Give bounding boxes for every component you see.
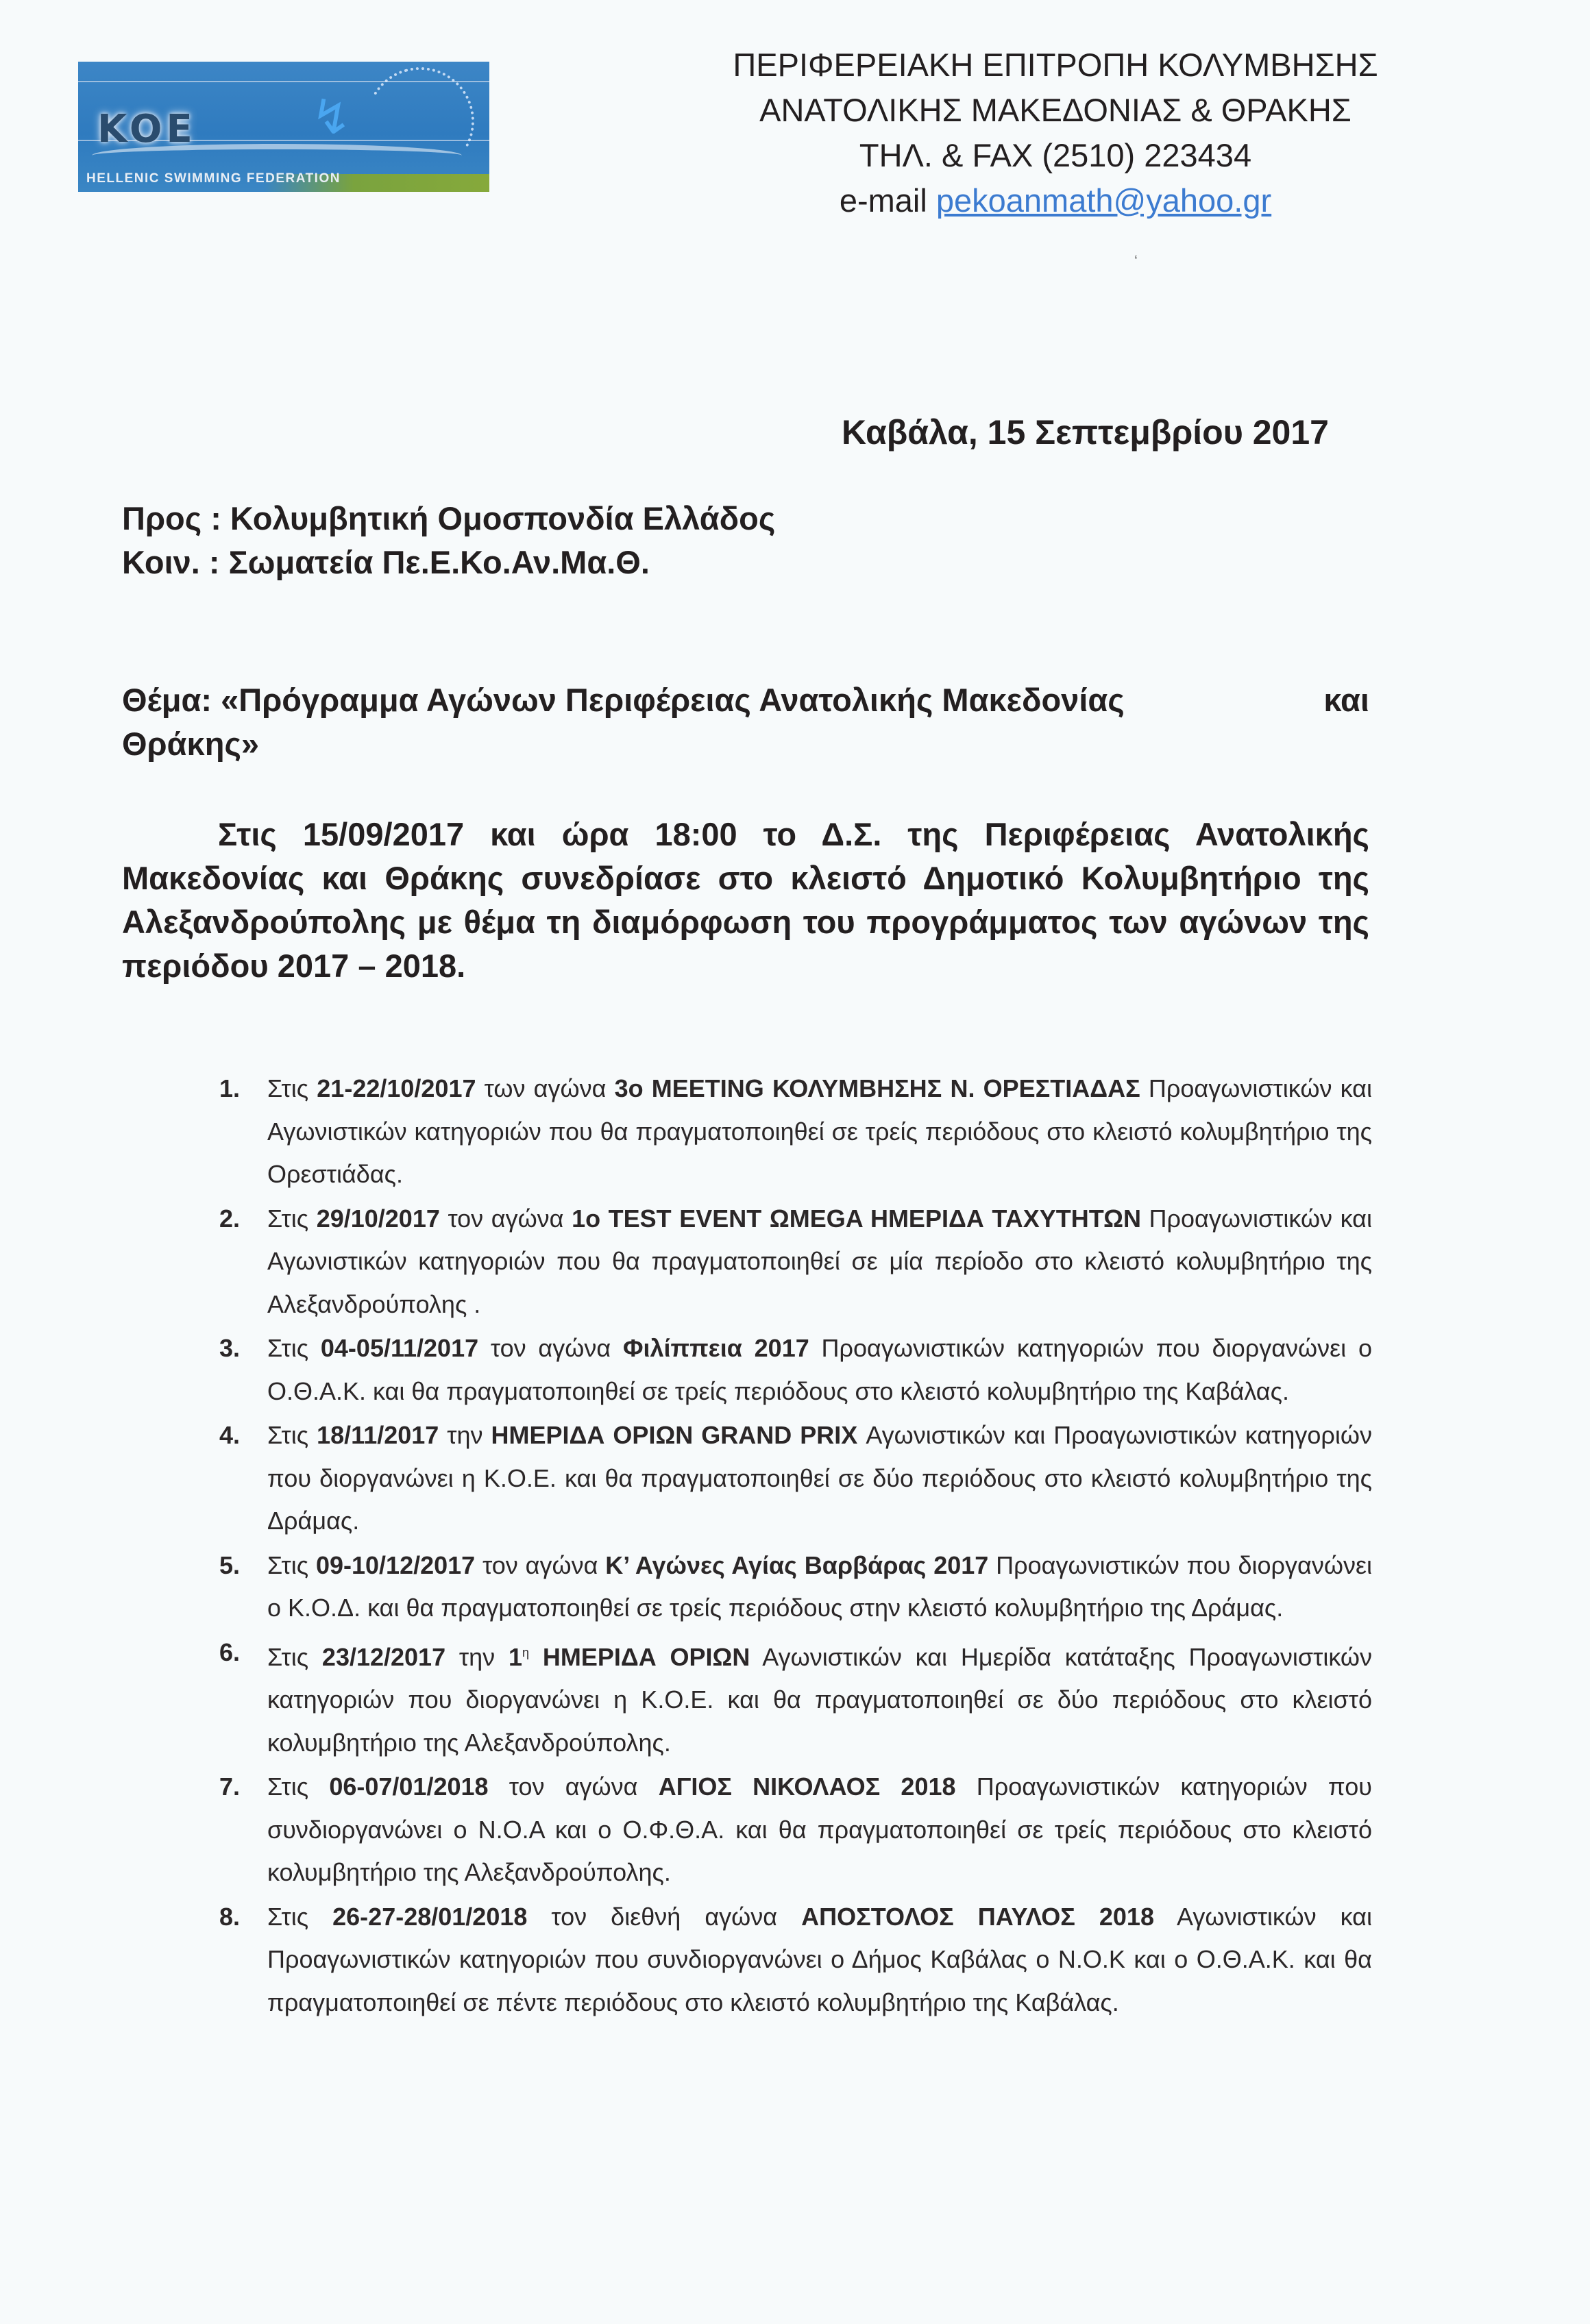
event-number: 4. (219, 1414, 240, 1457)
swimmer-icon: ↯ (311, 89, 352, 145)
letterhead-line2: ΑΝΑΤΟΛΙΚΗΣ ΜΑΚΕΔΟΝΙΑΣ & ΘΡΑΚΗΣ (713, 88, 1398, 133)
event-date: 18/11/2017 (317, 1421, 439, 1449)
email-label: e-mail (840, 182, 927, 219)
logo-wordmark: KOE (97, 107, 197, 151)
event-prefix: Στις (267, 1334, 321, 1362)
event-date: 04-05/11/2017 (321, 1334, 478, 1362)
subject-text: Θέμα: «Πρόγραμμα Αγώνων Περιφέρειας Ανατ… (122, 678, 1125, 722)
event-item: 2.Στις 29/10/2017 τον αγώνα 1ο TEST EVEN… (199, 1198, 1372, 1326)
event-prefix: Στις (267, 1903, 332, 1931)
event-number: 7. (219, 1766, 240, 1809)
event-prefix: Στις (267, 1204, 317, 1233)
event-name: Κ’ Αγώνες Αγίας Βαρβάρας 2017 (605, 1551, 988, 1579)
event-name-cont: ΗΜΕΡΙΔΑ ΟΡΙΩΝ (529, 1643, 750, 1671)
event-prefix: Στις (267, 1421, 317, 1449)
event-date: 21-22/10/2017 (317, 1074, 476, 1102)
event-name: ΑΠΟΣΤΟΛΟΣ ΠΑΥΛΟΣ 2018 (801, 1903, 1154, 1931)
event-name: ΑΓΙΟΣ ΝΙΚΟΛΑΟΣ 2018 (659, 1772, 956, 1801)
events-list: 1.Στις 21-22/10/2017 των αγώνα 3ο MEETIN… (199, 1067, 1372, 2025)
recipient-to: Προς : Κολυμβητική Ομοσπονδία Ελλάδος (122, 497, 775, 541)
event-number: 8. (219, 1896, 240, 1939)
event-connector: τον αγώνα (440, 1204, 572, 1233)
subject-line2: Θράκης» (122, 722, 1369, 766)
event-item: 1.Στις 21-22/10/2017 των αγώνα 3ο MEETIN… (199, 1067, 1372, 1196)
subject: Θέμα: «Πρόγραμμα Αγώνων Περιφέρειας Ανατ… (122, 678, 1369, 766)
event-prefix: Στις (267, 1551, 316, 1579)
email-link[interactable]: pekoanmath@yahoo.gr (936, 182, 1271, 219)
event-prefix: Στις (267, 1772, 329, 1801)
recipients: Προς : Κολυμβητική Ομοσπονδία Ελλάδος Κο… (122, 497, 775, 584)
event-item: 5.Στις 09-10/12/2017 τον αγώνα Κ’ Αγώνες… (199, 1544, 1372, 1630)
event-date: 23/12/2017 (322, 1643, 445, 1671)
event-date: 26-27-28/01/2018 (332, 1903, 527, 1931)
event-item: 4.Στις 18/11/2017 την ΗΜΕΡΙΔΑ ΟΡΙΩΝ GRAN… (199, 1414, 1372, 1543)
letterhead-email-row: e-mail pekoanmath@yahoo.gr (713, 178, 1398, 223)
logo-tagline: HELLENIC SWIMMING FEDERATION (86, 171, 341, 186)
event-name: 1ο TEST EVENT ΩMEGA ΗΜΕΡΙΔΑ ΤΑΧΥΤΗΤΩΝ (572, 1204, 1141, 1233)
event-item: 6.Στις 23/12/2017 την 1η ΗΜΕΡΙΔΑ ΟΡΙΩΝ Α… (199, 1631, 1372, 1765)
event-connector: των αγώνα (476, 1074, 615, 1102)
event-connector: την (445, 1643, 509, 1671)
event-item: 3.Στις 04-05/11/2017 τον αγώνα Φιλίππεια… (199, 1327, 1372, 1413)
letter-page: KOE ↯ HELLENIC SWIMMING FEDERATION ΠΕΡΙΦ… (0, 0, 1590, 2324)
event-number: 6. (219, 1631, 240, 1674)
letterhead-phone: ΤΗΛ. & FAX (2510) 223434 (713, 133, 1398, 178)
letterhead: ΠΕΡΙΦΕΡΕΙΑΚΗ ΕΠΙΤΡΟΠΗ ΚΟΛΥΜΒΗΣΗΣ ΑΝΑΤΟΛΙ… (713, 42, 1398, 223)
event-name: 3ο MEETING ΚΟΛΥΜΒΗΣΗΣ Ν. ΟΡΕΣΤΙΑΔΑΣ (615, 1074, 1140, 1102)
event-number: 2. (219, 1198, 240, 1241)
federation-logo: KOE ↯ HELLENIC SWIMMING FEDERATION (78, 62, 489, 192)
event-name: 1 (509, 1643, 522, 1671)
event-connector: τον αγώνα (489, 1772, 659, 1801)
event-prefix: Στις (267, 1074, 317, 1102)
event-number: 1. (219, 1067, 240, 1111)
event-number: 5. (219, 1544, 240, 1587)
event-connector: τον αγώνα (475, 1551, 605, 1579)
event-prefix: Στις (267, 1643, 322, 1671)
event-name: ΗΜΕΡΙΔΑ ΟΡΙΩΝ GRAND PRIX (491, 1421, 858, 1449)
event-date: 29/10/2017 (317, 1204, 440, 1233)
scan-mark: ‘ (1134, 252, 1138, 270)
event-connector: την (439, 1421, 491, 1449)
intro-paragraph: Στις 15/09/2017 και ώρα 18:00 το Δ.Σ. τη… (122, 813, 1369, 988)
event-date: 09-10/12/2017 (316, 1551, 475, 1579)
wave-icon (92, 144, 462, 167)
recipient-cc: Κοιν. : Σωματεία Πε.Ε.Κο.Αν.Μα.Θ. (122, 541, 775, 584)
event-name: Φιλίππεια 2017 (623, 1334, 809, 1362)
event-item: 8.Στις 26-27-28/01/2018 τον διεθνή αγώνα… (199, 1896, 1372, 2025)
letterhead-line1: ΠΕΡΙΦΕΡΕΙΑΚΗ ΕΠΙΤΡΟΠΗ ΚΟΛΥΜΒΗΣΗΣ (713, 42, 1398, 88)
event-date: 06-07/01/2018 (329, 1772, 488, 1801)
subject-line1: Θέμα: «Πρόγραμμα Αγώνων Περιφέρειας Ανατ… (122, 678, 1369, 722)
event-name-superscript: η (522, 1646, 529, 1659)
event-connector: τον διεθνή αγώνα (527, 1903, 801, 1931)
event-number: 3. (219, 1327, 240, 1370)
event-connector: τον αγώνα (478, 1334, 623, 1362)
date-line: Καβάλα, 15 Σεπτεμβρίου 2017 (842, 412, 1329, 452)
event-item: 7.Στις 06-07/01/2018 τον αγώνα ΑΓΙΟΣ ΝΙΚ… (199, 1766, 1372, 1894)
subject-text-end: και (1323, 678, 1369, 722)
